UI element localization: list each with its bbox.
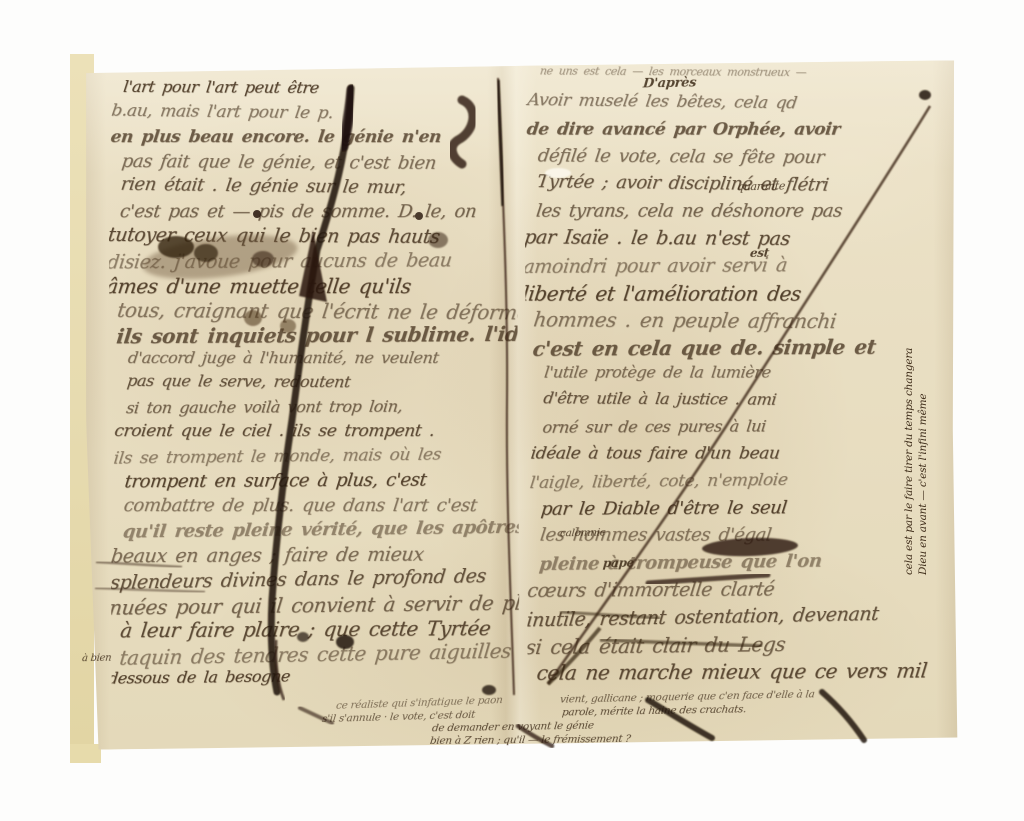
manuscript-line: les tyrans, cela ne déshonore pas xyxy=(534,201,944,228)
manuscript-line: pleine à trompeuse que l'on xyxy=(538,549,946,581)
manuscript-line: c'est pas et — pis de somme. D. le, on xyxy=(118,201,518,226)
manuscript-line: si ton gauche voilà vont trop loin, xyxy=(125,396,520,423)
interline-note: à bien xyxy=(82,653,112,665)
manuscript-line: orné sur de ces pures à lui xyxy=(541,415,946,444)
manuscript-line: d'accord juge à l'humanité, ne veulent xyxy=(126,348,519,373)
manuscript-line: l'utile protège de la lumière xyxy=(542,363,945,390)
margin-note-line: Dieu en avant — c'est l'infini même xyxy=(916,275,930,575)
manuscript-line: qu'il reste pleine vérité, que les apôtr… xyxy=(121,517,519,546)
interline-note: quarante xyxy=(736,180,785,194)
manuscript-line: âmes d'une muette telle qu'ils xyxy=(108,274,519,299)
manuscript-line: défilé le vote, cela se fête pour xyxy=(536,145,944,174)
manuscript-line: l'aigle, liberté, cote, n'emploie xyxy=(528,468,946,500)
manuscript-line: liberté et l'amélioration des xyxy=(524,282,945,309)
manuscript-line: si cela était clair du Legs xyxy=(524,630,946,662)
margin-note-line: cela est par le faire tirer du temps cha… xyxy=(902,275,916,575)
manuscript-line: ils se trompent le monde, mais où les xyxy=(112,443,520,472)
manuscript-line: d'être utile à la justice . ami xyxy=(541,388,945,417)
manuscript-line: de dire avancé par Orphée, avoir xyxy=(525,120,944,147)
manuscript-line: amoindri pour avoir servi à xyxy=(524,253,945,283)
manuscript-line: trompent en surface à plus, c'est xyxy=(123,469,520,496)
manuscript-line: tous, craignant que l'écrit ne le déform… xyxy=(116,298,519,325)
manuscript-line: ils sont inquiets pour l sublime. l'idéa… xyxy=(115,322,519,349)
manuscript-line: dessous de la besogne xyxy=(108,664,520,694)
manuscript-line: ne uns est cela — les morceaux monstrueu… xyxy=(537,64,943,93)
interline-note: D'après xyxy=(642,76,696,92)
interline-note: est xyxy=(749,246,769,260)
manuscript-line: tutoyer ceux qui le bien pas hauts xyxy=(108,224,519,251)
manuscript-line: par le Diable d'être le seul xyxy=(539,496,946,525)
manuscript-line: par Isaïe . le b.au n'est pas xyxy=(524,226,945,256)
manuscript-line: disiez. j'avoue pour aucuns de beau xyxy=(108,249,519,276)
interline-note: calomnie xyxy=(559,527,606,540)
manuscript-line: b.au, mais l'art pour le p. xyxy=(110,100,518,129)
manuscript-line: cela ne marche mieux que ce vers mil xyxy=(535,658,946,688)
manuscript-line: pas fait que le génie, et c'est bien xyxy=(120,151,518,178)
manuscript-line: pas que le serve, redoutent xyxy=(125,371,519,398)
manuscript-line: combattre de plus. que dans l'art c'est xyxy=(122,495,520,520)
manuscript-line: idéale à tous faire d'un beau xyxy=(529,444,946,471)
manuscript-photo: l'art pour l'art peut êtreb.au, mais l'a… xyxy=(0,0,1024,821)
left-text-column: l'art pour l'art peut êtreb.au, mais l'a… xyxy=(108,77,520,707)
manuscript-line: croient que le ciel . ils se trompent . xyxy=(113,421,520,446)
interline-note: pape xyxy=(602,556,634,571)
manuscript-line: c'est en cela que de. simple et xyxy=(531,334,945,364)
manuscript-line: Avoir muselé les bêtes, cela qd xyxy=(525,90,944,122)
manuscript-line: nuées pour qui il convient à servir de p… xyxy=(108,590,520,620)
manuscript-line: hommes . en peuple affranchi xyxy=(532,307,945,336)
footer-note-line: bien à Z rien ; qu'il — le frémissement … xyxy=(429,733,631,747)
manuscript-line: rien était . le génie sur le mur, xyxy=(119,174,518,203)
margin-vertical-notes: cela est par le faire tirer du temps cha… xyxy=(902,275,930,575)
manuscript-line: en plus beau encore. le génie n'en xyxy=(109,127,518,152)
manuscript-sheet: l'art pour l'art peut êtreb.au, mais l'a… xyxy=(84,60,959,749)
right-text-column: ne uns est cela — les morceaux monstrueu… xyxy=(524,64,946,707)
folded-leaf-edge-bottom xyxy=(70,744,101,763)
manuscript-line: l'art pour l'art peut être xyxy=(121,77,517,104)
